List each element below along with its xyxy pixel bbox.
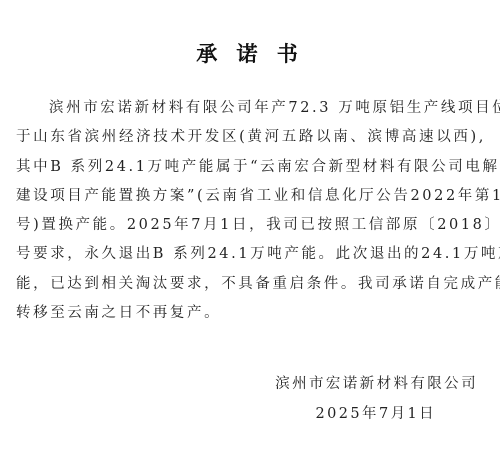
- paragraph-line: 号)置换产能。2025年7月1日，我司已按照工信部原〔2018〕12: [16, 211, 486, 240]
- paragraph-line: 建设项目产能置换方案”(云南省工业和信息化厅公告2022年第1: [16, 182, 486, 211]
- paragraph-line: 号要求，永久退出B 系列24.1万吨产能。此次退出的24.1万吨产: [16, 240, 486, 269]
- commitment-paragraph: 滨州市宏诺新材料有限公司年产72.3 万吨原铝生产线项目位 于山东省滨州经济技术…: [16, 94, 486, 328]
- signature-date: 2025年7月1日: [316, 402, 436, 423]
- paragraph-line: 于山东省滨州经济技术开发区(黄河五路以南、滨博高速以西),: [16, 123, 486, 152]
- paragraph-line: 转移至云南之日不再复产。: [16, 299, 486, 328]
- paragraph-line: 其中B 系列24.1万吨产能属于“云南宏合新型材料有限公司电解铝: [16, 153, 486, 182]
- paragraph-line: 滨州市宏诺新材料有限公司年产72.3 万吨原铝生产线项目位: [16, 94, 486, 123]
- paragraph-line: 能，已达到相关淘汰要求，不具备重启条件。我司承诺自完成产能: [16, 270, 486, 299]
- document-title: 承 诺 书: [0, 38, 500, 68]
- signature-company: 滨州市宏诺新材料有限公司: [275, 372, 478, 393]
